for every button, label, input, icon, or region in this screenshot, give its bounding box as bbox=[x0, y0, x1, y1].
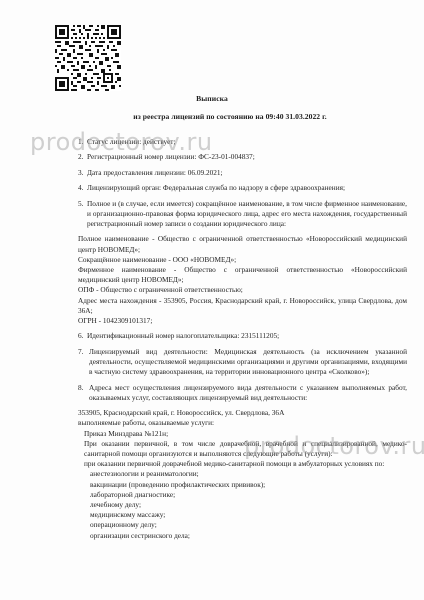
site-primary-care-intro: При оказании первичной, в том числе довр… bbox=[78, 439, 407, 459]
item-entity-description: 5. Полное и (в случае, если имеется) сок… bbox=[78, 199, 407, 230]
item-activity-addresses: 8. Адреса мест осуществления лицензируем… bbox=[78, 383, 407, 403]
entity-short-name: Сокращённое наименование - ООО «НОВОМЕД»… bbox=[78, 255, 407, 265]
site-address: 353905, Краснодарский край, г. Новоросси… bbox=[78, 408, 407, 418]
entity-full-name: Полное наименование - Общество с огранич… bbox=[78, 234, 407, 254]
qr-code-icon bbox=[55, 25, 121, 91]
entity-details: Полное наименование - Общество с огранич… bbox=[78, 234, 407, 326]
site-details: 353905, Краснодарский край, г. Новоросси… bbox=[78, 408, 407, 541]
service-item: операционному делу; bbox=[78, 520, 407, 530]
document-subtitle: из реестра лицензий по состоянию на 09:4… bbox=[0, 112, 424, 121]
service-item: лабораторной диагностике; bbox=[78, 490, 407, 500]
document-title: Выписка bbox=[0, 94, 424, 103]
site-order: Приказ Минздрава №121н; bbox=[78, 429, 407, 439]
site-outpatient-intro: при оказании первичной доврачебной медик… bbox=[78, 459, 407, 469]
entity-ogrn: ОГРН - 1042309101317; bbox=[78, 316, 407, 326]
service-item: медицинскому массажу; bbox=[78, 510, 407, 520]
site-services-label: выполняемые работы, оказываемые услуги: bbox=[78, 418, 407, 428]
service-item: организации сестринского дела; bbox=[78, 531, 407, 541]
service-item: вакцинации (проведению профилактических … bbox=[78, 480, 407, 490]
item-registration-number: 2. Регистрационный номер лицензии: ФС-23… bbox=[78, 152, 407, 162]
license-extract-page: Выписка из реестра лицензий по состоянию… bbox=[0, 0, 424, 600]
entity-address: Адрес места нахождения - 353905, Россия,… bbox=[78, 296, 407, 316]
entity-firm-name: Фирменное наименование - Общество с огра… bbox=[78, 265, 407, 285]
item-inn: 6. Идентификационный номер налогоплатель… bbox=[78, 331, 407, 341]
item-activity-type: 7. Лицензируемый вид деятельности: Медиц… bbox=[78, 347, 407, 378]
document-body: 1. Статус лицензии: действует; 2. Регист… bbox=[78, 137, 407, 541]
item-issue-date: 3. Дата предоставления лицензии: 06.09.2… bbox=[78, 168, 407, 178]
service-item: анестезиологии и реаниматологии; bbox=[78, 469, 407, 479]
item-license-status: 1. Статус лицензии: действует; bbox=[78, 137, 407, 147]
item-licensing-authority: 4. Лицензирующий орган: Федеральная служ… bbox=[78, 183, 407, 193]
entity-opf: ОПФ - Общество с ограниченной ответствен… bbox=[78, 285, 407, 295]
service-item: лечебному делу; bbox=[78, 500, 407, 510]
